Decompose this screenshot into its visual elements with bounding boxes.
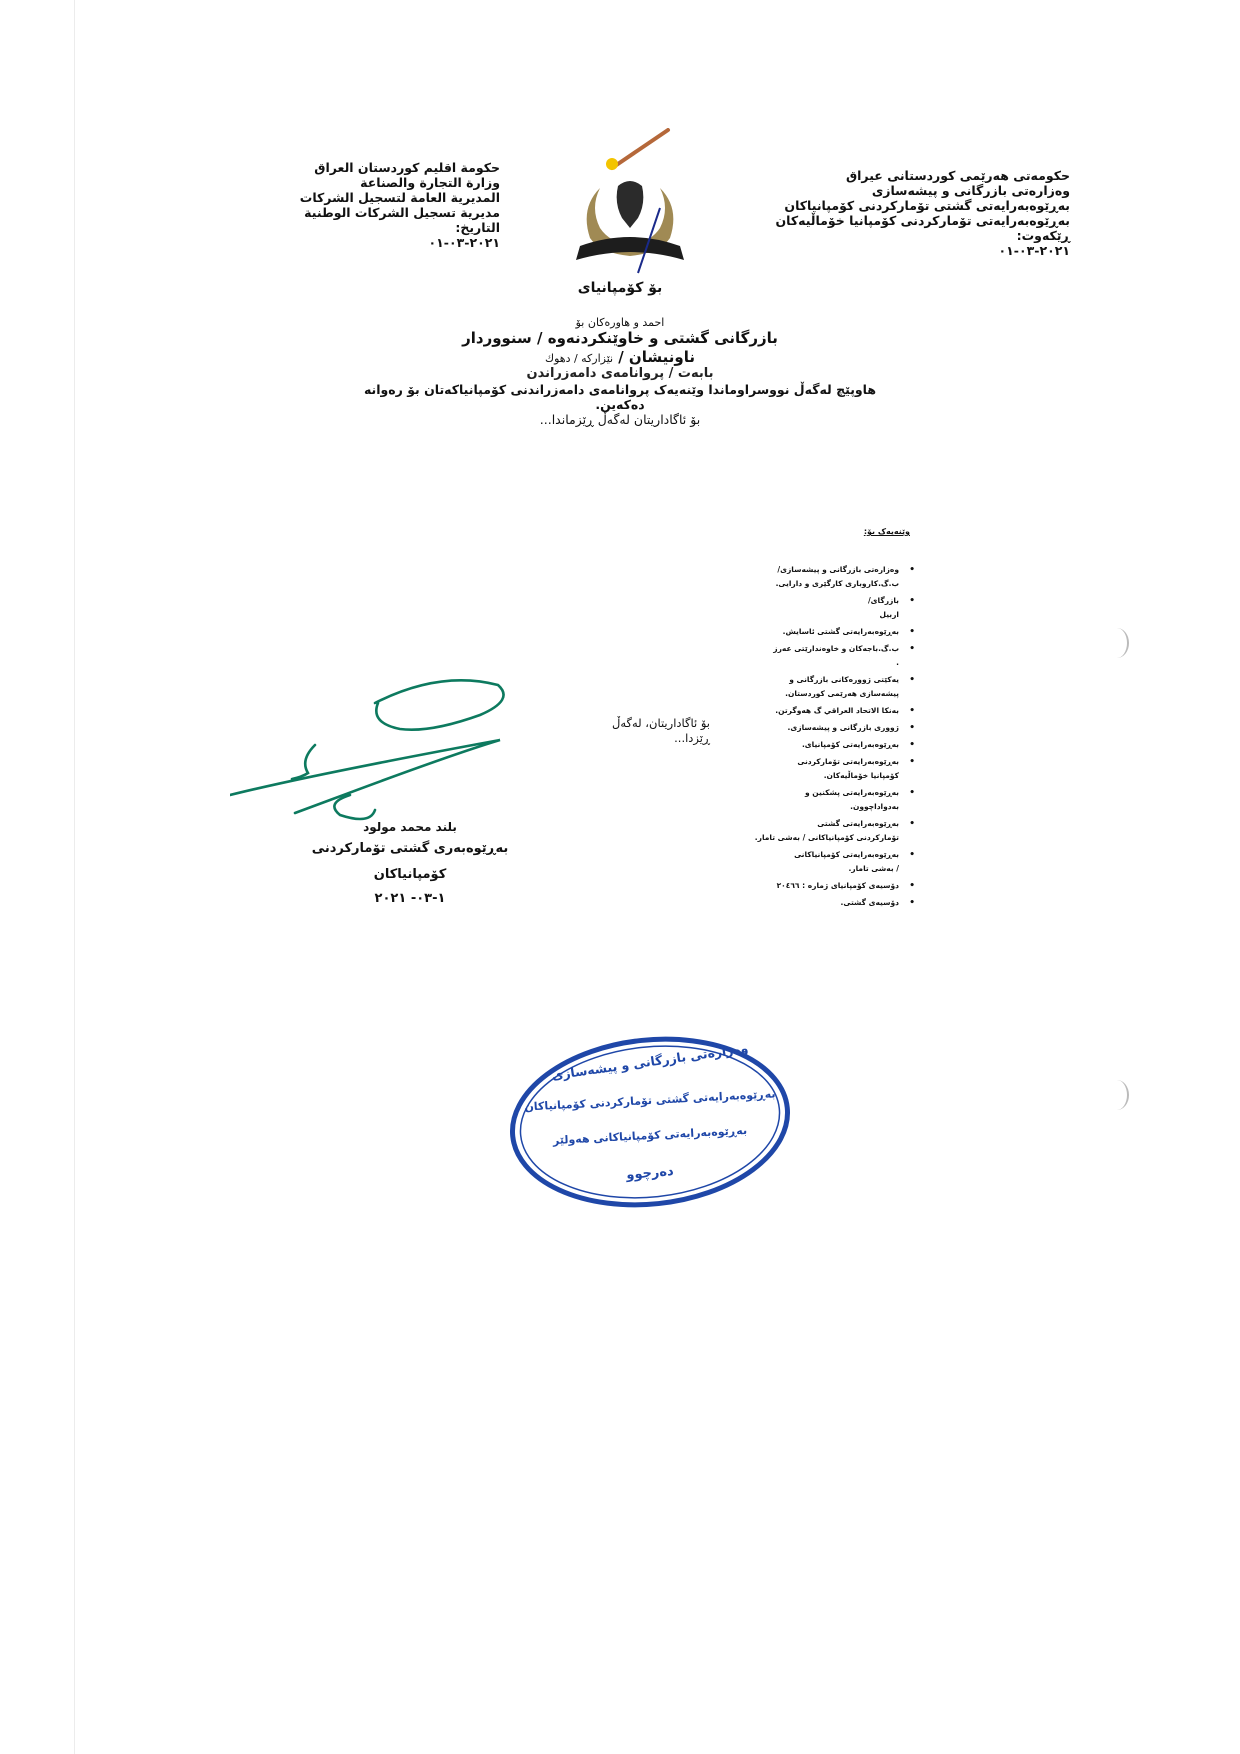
cc-item: •بەنکا الاتحاد العراقي گ هەوگرتن. <box>745 704 915 718</box>
cc-item-text: بەڕێوەبەرایەتی کۆمپانیاکانی <box>794 850 899 859</box>
punch-hole-mark <box>1105 1080 1129 1110</box>
cc-list: وێنەیەک بۆ: •وەزارەتی بازرگانی و پیشەساز… <box>745 525 915 913</box>
cc-item-text: بەڕێوەبەرایەتی پشکنین و <box>805 788 899 797</box>
closing-note: بۆ ئاگاداریتان لەگەڵ ڕێزماندا... <box>340 412 900 427</box>
cc-item: •بەڕێوەبەرایەتی کۆمپانیای. <box>745 738 915 752</box>
bullet-icon: • <box>909 563 915 577</box>
cc-item-text: بەڕێوەبەرایەتی تۆمارکردنی <box>797 757 899 766</box>
header-arabic-line: وزارة التجارة والصناعة <box>300 175 500 190</box>
stamp-line: دەرچوو <box>505 1153 795 1193</box>
signatory-name: بلند محمد مولود <box>290 818 530 836</box>
closing-line: بۆ ئاگاداریتان، لەگەڵ <box>590 716 710 731</box>
cc-item: •بازرگای/اربيل <box>745 594 915 622</box>
cc-item-subtext: تۆمارکردنی کۆمپانیاکانی / بەشی تامار. <box>745 831 899 845</box>
signatory-title: بەڕێوەبەری گشتی تۆمارکردنی کۆمپانیاکان <box>290 836 530 888</box>
bullet-icon: • <box>909 786 915 800</box>
signatory-date: ١-٠٣- ٢٠٢١ <box>290 888 530 910</box>
signatory-block: بلند محمد مولود بەڕێوەبەری گشتی تۆمارکرد… <box>290 818 530 910</box>
cc-item-text: یەکێتی ژوورەکانی بازرگانی و <box>789 675 899 684</box>
to-company: بۆ کۆمپانیای <box>340 280 900 296</box>
header-kurdish-line: بەڕێوەبەرایەتی تۆمارکردنی کۆمپانیا خۆماڵ… <box>770 213 1070 228</box>
bullet-icon: • <box>909 755 915 769</box>
cc-item-subtext: . <box>745 656 899 670</box>
cc-item-text: ژووری بازرگانی و پیشەسازی. <box>788 723 899 732</box>
signature-icon <box>230 655 570 825</box>
bullet-icon: • <box>909 704 915 718</box>
header-kurdish-line: وەزارەتی بازرگانی و پیشەسازی <box>770 183 1070 198</box>
cc-item: •دۆسیەی کۆمپانیای ژمارە : ٢٠٤٦٦ <box>745 879 915 893</box>
cc-item-subtext: کۆمپانیا خۆماڵیەکان. <box>745 769 899 783</box>
bullet-icon: • <box>909 673 915 687</box>
cc-title: وێنەیەک بۆ: <box>745 525 915 539</box>
header-kurdish-line: حکومەتی هەرێمی کوردستانی عیراق <box>770 168 1070 183</box>
cc-item: •یەکێتی ژوورەکانی بازرگانی وپیشەسازی هەر… <box>745 673 915 701</box>
cc-item-subtext: / بەشی تامار. <box>745 862 899 876</box>
header-kurdish-date: ٢٠٢١-٠٣-٠١ <box>770 243 1070 258</box>
cc-item: •بەڕێوەبەرایەتی تۆمارکردنیکۆمپانیا خۆماڵ… <box>745 755 915 783</box>
cc-item: •ب.گ.باجەکان و خاوەندارێتی عەرز. <box>745 642 915 670</box>
closing: بۆ ئاگاداریتان، لەگەڵ ڕێزدا... <box>590 716 710 746</box>
header-arabic-line: المديرية العامة لتسجيل الشركات <box>300 190 500 205</box>
stamp-text: وەزارەتی بازرگانی و پیشەسازی بەڕێوەبەرای… <box>505 1030 795 1210</box>
bullet-icon: • <box>909 594 915 608</box>
bullet-icon: • <box>909 848 915 862</box>
header-arabic-line: مديرية تسجيل الشركات الوطنية <box>300 205 500 220</box>
stamp-line: بەڕێوەبەرایەتی گشتی تۆمارکردنی کۆمپانیاک… <box>505 1086 795 1114</box>
company-name: احمد و هاورەکان بۆ <box>340 316 900 329</box>
bullet-icon: • <box>909 721 915 735</box>
cc-item-text: بازرگای/ <box>868 596 899 605</box>
cc-item: •ژووری بازرگانی و پیشەسازی. <box>745 721 915 735</box>
cc-items: •وەزارەتی بازرگانی و پیشەسازی/ب.گ.کاروبا… <box>745 563 915 910</box>
page-edge <box>74 0 75 1754</box>
cc-item: •بەڕێوەبەرایەتی کۆمپانیاکانی/ بەشی تامار… <box>745 848 915 876</box>
header-arabic-date-label: التاريخ: <box>300 220 500 235</box>
letter-body: هاوپێچ لەگەڵ نووسراوماندا وێنەیەک پروانا… <box>340 382 900 412</box>
punch-hole-mark <box>1105 628 1129 658</box>
bullet-icon: • <box>909 642 915 656</box>
cc-item-subtext: پیشەسازی هەرێمی کوردستان. <box>745 687 899 701</box>
cc-item: •وەزارەتی بازرگانی و پیشەسازی/ب.گ.کاروبا… <box>745 563 915 591</box>
addressee-block: بۆ کۆمپانیای احمد و هاورەکان بۆ بازرگانی… <box>340 280 900 427</box>
cc-item-text: ب.گ.باجەکان و خاوەندارێتی عەرز <box>773 644 899 653</box>
bullet-icon: • <box>909 625 915 639</box>
company-activity: بازرگانی گشتی و خاوێنکردنەوە / سنووردار <box>340 329 900 347</box>
cc-item-subtext: ب.گ.کاروباری کارگێری و دارایی. <box>745 577 899 591</box>
cc-item-text: بەڕێوەبەرایەتی گشتی <box>817 819 899 828</box>
cc-item: •بەڕێوەبەرایەتی گشتیتۆمارکردنی کۆمپانیاک… <box>745 817 915 845</box>
address-label: ناونیشان / <box>618 348 695 366</box>
cc-item-text: دۆسیەی کۆمپانیای ژمارە : ٢٠٤٦٦ <box>777 881 899 890</box>
subject: بابەت / پروانامەی دامەزراندن <box>340 366 900 382</box>
cc-item: •دۆسیەی گشتی. <box>745 896 915 910</box>
stamp-line: بەڕێوەبەرایەتی کۆمپانیاکانی هەولێر <box>505 1121 795 1149</box>
cc-item: •بەڕێوەبەرایەتی گشتی ئاسایش. <box>745 625 915 639</box>
bullet-icon: • <box>909 817 915 831</box>
cc-item-subtext: اربيل <box>745 608 899 622</box>
kurdistan-emblem-icon <box>560 128 700 278</box>
bullet-icon: • <box>909 738 915 752</box>
cc-item-subtext: بەدواداچوون. <box>745 800 899 814</box>
header-kurdish-line: بەڕێوەبەرایەتی گشتی تۆمارکردنی کۆمپانیاک… <box>770 198 1070 213</box>
header-arabic-line: حكومة اقليم كوردستان العراق <box>300 160 500 175</box>
stamp-line: وەزارەتی بازرگانی و پیشەسازی <box>505 1034 794 1089</box>
cc-item-text: دۆسیەی گشتی. <box>841 898 899 907</box>
header-arabic: حكومة اقليم كوردستان العراق وزارة التجار… <box>300 160 500 250</box>
header-arabic-date: ٢٠٢١-٠٣-٠١ <box>300 235 500 250</box>
cc-item: •بەڕێوەبەرایەتی پشکنین وبەدواداچوون. <box>745 786 915 814</box>
header-kurdish: حکومەتی هەرێمی کوردستانی عیراق وەزارەتی … <box>770 168 1070 258</box>
cc-item-text: وەزارەتی بازرگانی و پیشەسازی/ <box>777 565 899 574</box>
bullet-icon: • <box>909 879 915 893</box>
cc-item-text: بەڕێوەبەرایەتی گشتی ئاسایش. <box>783 627 899 636</box>
closing-line: ڕێزدا... <box>590 731 710 746</box>
bullet-icon: • <box>909 896 915 910</box>
address-value: نێزارکە / دهوك <box>545 352 613 365</box>
cc-item-text: بەڕێوەبەرایەتی کۆمپانیای. <box>802 740 899 749</box>
cc-item-text: بەنکا الاتحاد العراقي گ هەوگرتن. <box>775 706 899 715</box>
header-kurdish-date-label: ڕێکەوت: <box>770 228 1070 243</box>
